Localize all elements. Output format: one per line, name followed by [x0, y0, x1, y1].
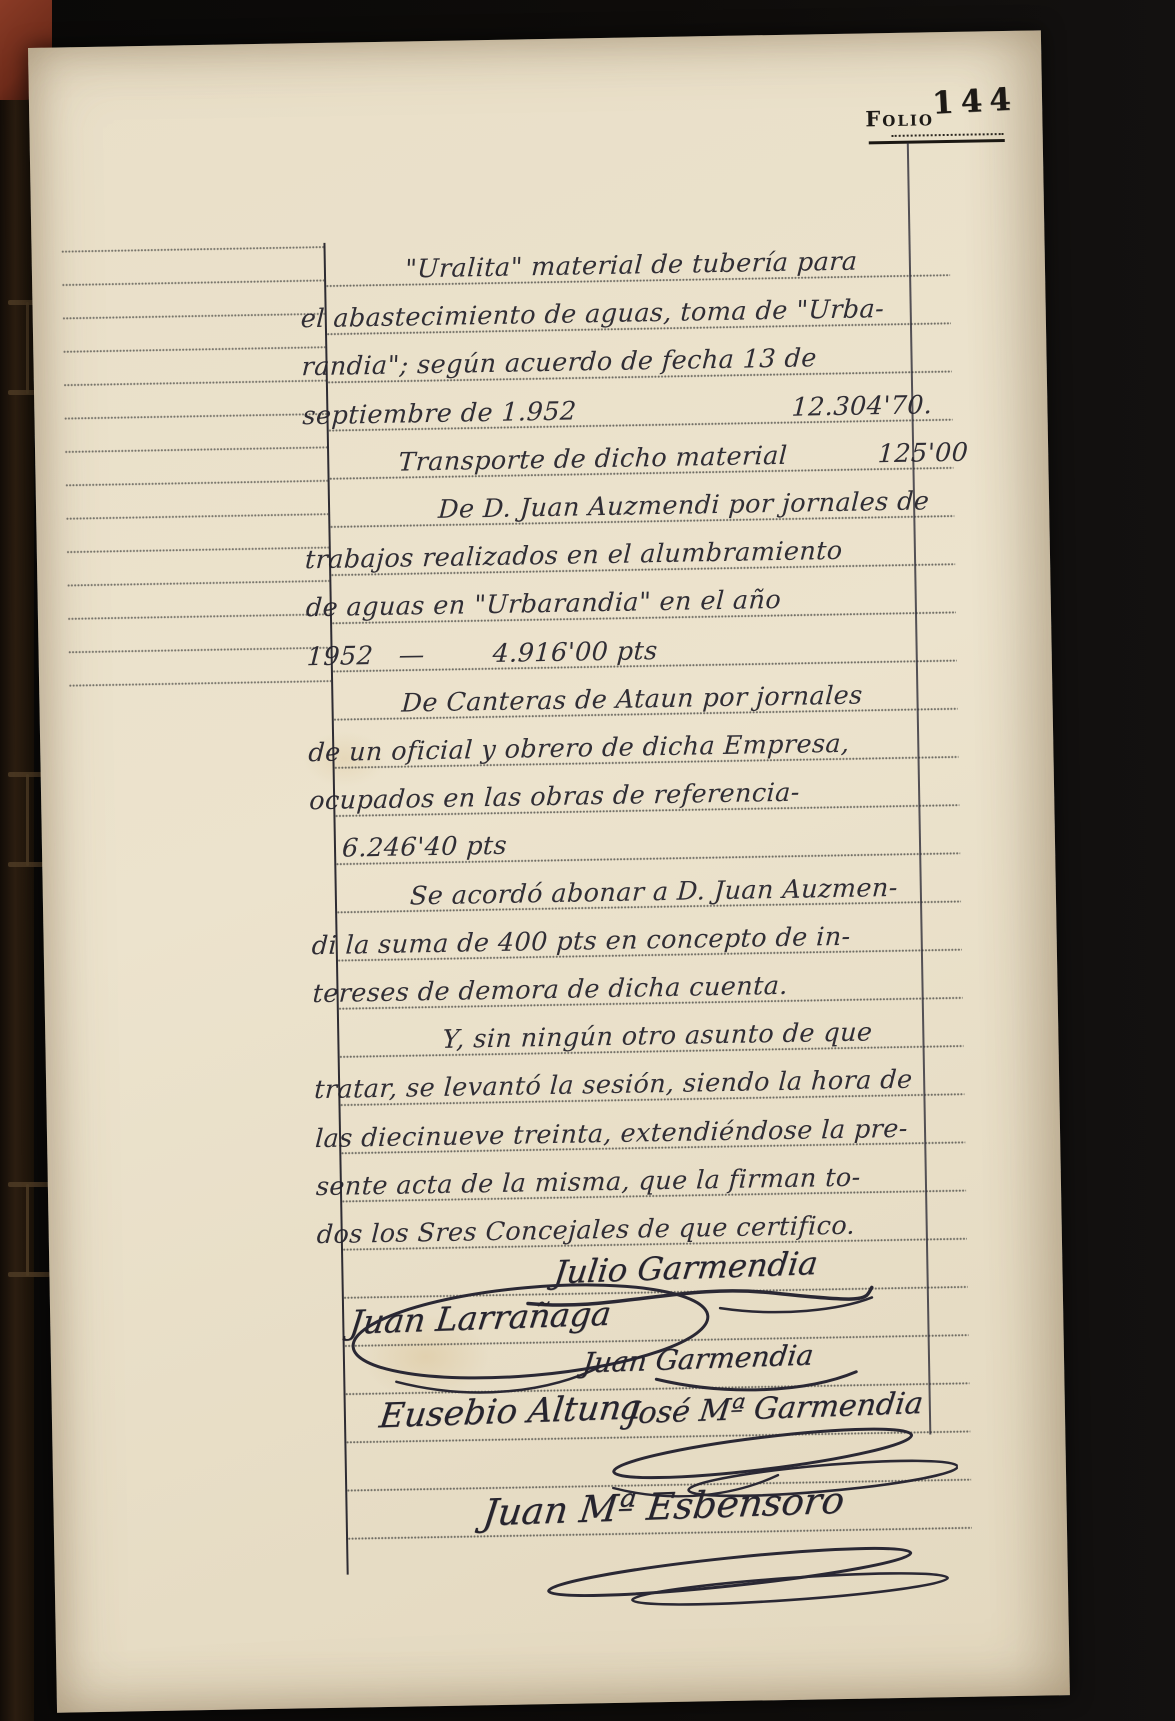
signature-flourish [524, 1530, 965, 1618]
binding-thread [26, 774, 29, 866]
line-text: trabajos realizados en el alumbramiento [304, 536, 843, 575]
line-text: ocupados en las obras de referencia- [308, 778, 800, 817]
line-text: Se acordó abonar a D. Juan Auzmen- [409, 873, 898, 912]
folio-underline [869, 139, 1005, 144]
amount-value: 12.304'70. [790, 382, 933, 431]
line-text: "Uralita" material de tubería para [404, 247, 858, 285]
binding-stitch [8, 1182, 50, 1187]
line-text: tratar, se levantó la sesión, siendo la … [314, 1065, 914, 1105]
binding-thread [26, 1184, 29, 1276]
margin-ruled-lines [62, 246, 332, 703]
line-text: de aguas en "Urbarandia" en el año [305, 585, 782, 623]
line-text: randia"; según acuerdo de fecha 13 de [301, 343, 818, 382]
folio-dotted-line [891, 119, 1003, 137]
binding-thread [26, 302, 29, 394]
line-text: Transporte de dicho material [398, 441, 789, 478]
folio-number: 144 [931, 81, 1018, 121]
line-text: Y, sin ningún otro asunto de que [442, 1017, 874, 1055]
line-text: De Canteras de Ataun por jornales [401, 681, 864, 719]
document-page: Folio 144 "Uralita" material de tubería … [28, 30, 1070, 1712]
line-text: De D. Juan Auzmendi por jornales de [437, 486, 930, 525]
line-text: tereses de demora de dicha cuenta. [312, 971, 789, 1009]
line-text: dos los Sres Concejales de que certifico… [316, 1211, 856, 1250]
scanned-minute-book-photo: Folio 144 "Uralita" material de tubería … [0, 0, 1175, 1721]
line-text: septiembre de 1.952 [302, 396, 578, 431]
line-text: di la suma de 400 pts en concepto de in- [311, 922, 851, 961]
amount-value: 125'00 [877, 430, 970, 478]
binding-stitch [8, 1272, 50, 1277]
line-text: sente acta de la misma, que la firman to… [315, 1163, 861, 1203]
line-text: 6.246'40 pts [341, 831, 508, 864]
line-text: de un oficial y obrero de dicha Empresa, [308, 729, 851, 768]
line-text: las diecinueve treinta, extendiéndose la… [314, 1114, 908, 1154]
line-text: 1952 — 4.916'00 pts [306, 636, 659, 672]
line-text: el abastecimiento de aguas, toma de "Urb… [300, 294, 885, 334]
